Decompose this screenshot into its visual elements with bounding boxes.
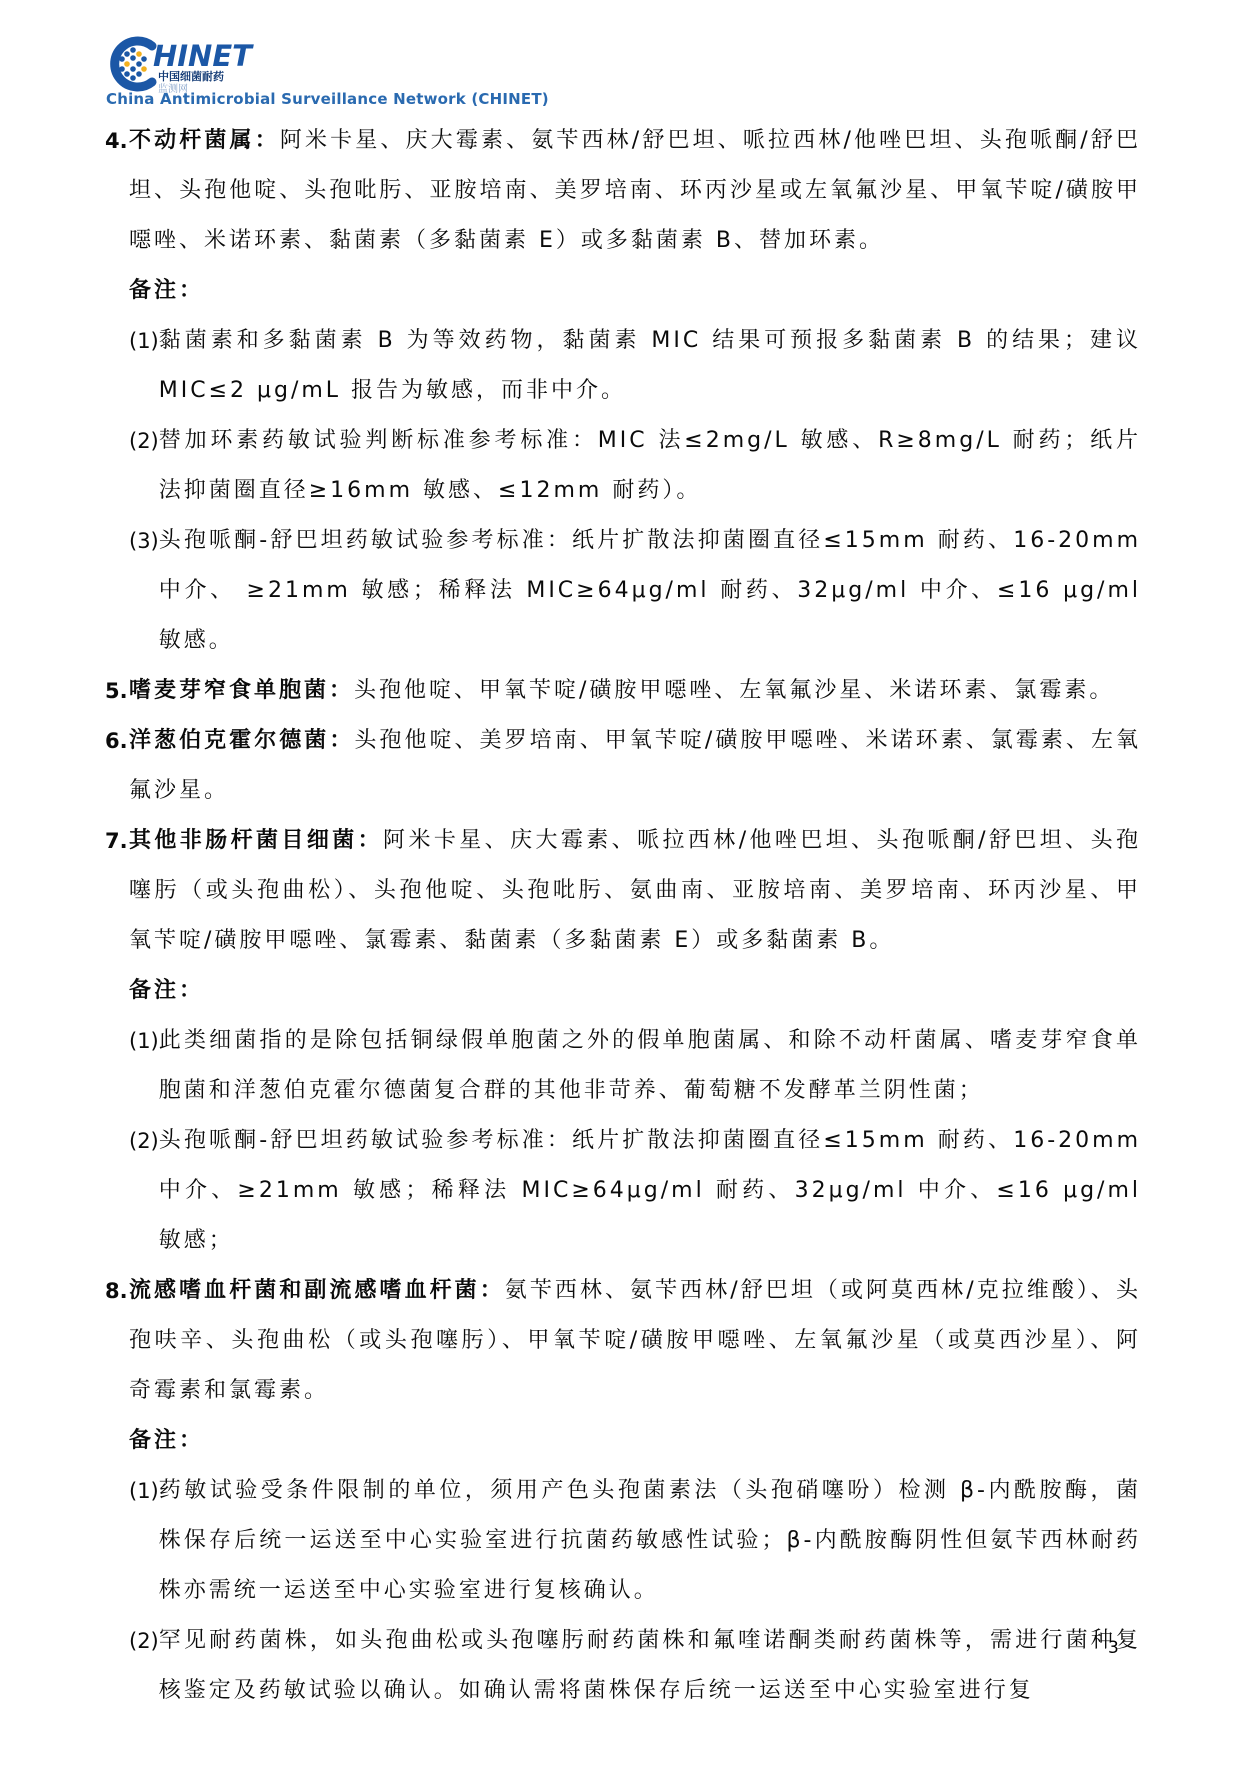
- item-text: 洋葱伯克霍尔德菌：头孢他啶、美罗培南、甲氧苄啶/磺胺甲噁唑、米诺环素、氯霉素、左…: [129, 716, 1141, 816]
- item-text: 其他非肠杆菌目细菌：阿米卡星、庆大霉素、哌拉西林/他唑巴坦、头孢哌酮/舒巴坦、头…: [129, 816, 1141, 966]
- item-number: 8.: [105, 1266, 129, 1416]
- note-text: 头孢哌酮-舒巴坦药敏试验参考标准：纸片扩散法抑菌圈直径≤15mm 耐药、16-2…: [159, 516, 1141, 666]
- note: (2) 替加环素药敏试验判断标准参考标准：MIC 法≤2mg/L 敏感、R≥8m…: [129, 416, 1141, 516]
- chinet-logo-graphic: HINET 中国细菌耐药 监测网: [106, 28, 296, 94]
- item-number: 5.: [105, 666, 129, 716]
- note-text: 药敏试验受条件限制的单位，须用产色头孢菌素法（头孢硝噻吩）检测 β-内酰胺酶，菌…: [159, 1466, 1141, 1616]
- notes-label: 备注：: [129, 1416, 1141, 1466]
- logo-wordmark: HINET: [153, 39, 254, 73]
- document-body: 4. 不动杆菌属：阿米卡星、庆大霉素、氨苄西林/舒巴坦、哌拉西林/他唑巴坦、头孢…: [105, 116, 1141, 1716]
- note: (1) 此类细菌指的是除包括铜绿假单胞菌之外的假单胞菌属、和除不动杆菌属、嗜麦芽…: [129, 1016, 1141, 1116]
- item-text: 嗜麦芽窄食单胞菌：头孢他啶、甲氧苄啶/磺胺甲噁唑、左氧氟沙星、米诺环素、氯霉素。: [129, 666, 1141, 716]
- note-marker: (2): [129, 1116, 159, 1266]
- note-marker: (2): [129, 1616, 159, 1716]
- item-number: 4.: [105, 116, 129, 266]
- note-text: 替加环素药敏试验判断标准参考标准：MIC 法≤2mg/L 敏感、R≥8mg/L …: [159, 416, 1141, 516]
- item-title: 嗜麦芽窄食单胞菌：: [129, 678, 354, 703]
- note-marker: (1): [129, 1016, 159, 1116]
- note-marker: (1): [129, 1466, 159, 1616]
- note: (2) 罕见耐药菌株，如头孢曲松或头孢噻肟耐药菌株和氟喹诺酮类耐药菌株等，需进行…: [129, 1616, 1141, 1716]
- note-marker: (2): [129, 416, 159, 516]
- chinet-logo: HINET 中国细菌耐药 监测网: [106, 28, 296, 98]
- note: (2) 头孢哌酮-舒巴坦药敏试验参考标准：纸片扩散法抑菌圈直径≤15mm 耐药、…: [129, 1116, 1141, 1266]
- document-page: HINET 中国细菌耐药 监测网 China Antimicrobial Sur…: [0, 0, 1241, 1778]
- logo-cn-line1: 中国细菌耐药: [158, 69, 224, 83]
- note: (3) 头孢哌酮-舒巴坦药敏试验参考标准：纸片扩散法抑菌圈直径≤15mm 耐药、…: [129, 516, 1141, 666]
- note-text: 头孢哌酮-舒巴坦药敏试验参考标准：纸片扩散法抑菌圈直径≤15mm 耐药、16-2…: [159, 1116, 1141, 1266]
- item-title: 其他非肠杆菌目细菌：: [129, 828, 383, 853]
- notes-label: 备注：: [129, 266, 1141, 316]
- item-text: 流感嗜血杆菌和副流感嗜血杆菌：氨苄西林、氨苄西林/舒巴坦（或阿莫西林/克拉维酸）…: [129, 1266, 1141, 1416]
- notes-label: 备注：: [129, 966, 1141, 1016]
- page-number: 3: [1108, 1638, 1119, 1658]
- list-item-6: 6. 洋葱伯克霍尔德菌：头孢他啶、美罗培南、甲氧苄啶/磺胺甲噁唑、米诺环素、氯霉…: [105, 716, 1141, 816]
- item-body: 阿米卡星、庆大霉素、氨苄西林/舒巴坦、哌拉西林/他唑巴坦、头孢哌酮/舒巴坦、头孢…: [129, 128, 1141, 253]
- item-number: 6.: [105, 716, 129, 816]
- item-title: 流感嗜血杆菌和副流感嗜血杆菌：: [129, 1278, 505, 1303]
- list-item-4: 4. 不动杆菌属：阿米卡星、庆大霉素、氨苄西林/舒巴坦、哌拉西林/他唑巴坦、头孢…: [105, 116, 1141, 266]
- org-name: China Antimicrobial Surveillance Network…: [106, 90, 549, 108]
- item-title: 洋葱伯克霍尔德菌：: [129, 728, 354, 753]
- list-item-5: 5. 嗜麦芽窄食单胞菌：头孢他啶、甲氧苄啶/磺胺甲噁唑、左氧氟沙星、米诺环素、氯…: [105, 666, 1141, 716]
- note-text: 此类细菌指的是除包括铜绿假单胞菌之外的假单胞菌属、和除不动杆菌属、嗜麦芽窄食单胞…: [159, 1016, 1141, 1116]
- note-text: 黏菌素和多黏菌素 B 为等效药物，黏菌素 MIC 结果可预报多黏菌素 B 的结果…: [159, 316, 1141, 416]
- note-marker: (3): [129, 516, 159, 666]
- note-marker: (1): [129, 316, 159, 416]
- note: (1) 黏菌素和多黏菌素 B 为等效药物，黏菌素 MIC 结果可预报多黏菌素 B…: [129, 316, 1141, 416]
- item-body: 头孢他啶、甲氧苄啶/磺胺甲噁唑、左氧氟沙星、米诺环素、氯霉素。: [354, 678, 1114, 703]
- item-title: 不动杆菌属：: [129, 128, 280, 153]
- note-text: 罕见耐药菌株，如头孢曲松或头孢噻肟耐药菌株和氟喹诺酮类耐药菌株等，需进行菌种复核…: [159, 1616, 1141, 1716]
- note: (1) 药敏试验受条件限制的单位，须用产色头孢菌素法（头孢硝噻吩）检测 β-内酰…: [129, 1466, 1141, 1616]
- item-number: 7.: [105, 816, 129, 966]
- list-item-8: 8. 流感嗜血杆菌和副流感嗜血杆菌：氨苄西林、氨苄西林/舒巴坦（或阿莫西林/克拉…: [105, 1266, 1141, 1416]
- item-text: 不动杆菌属：阿米卡星、庆大霉素、氨苄西林/舒巴坦、哌拉西林/他唑巴坦、头孢哌酮/…: [129, 116, 1141, 266]
- list-item-7: 7. 其他非肠杆菌目细菌：阿米卡星、庆大霉素、哌拉西林/他唑巴坦、头孢哌酮/舒巴…: [105, 816, 1141, 966]
